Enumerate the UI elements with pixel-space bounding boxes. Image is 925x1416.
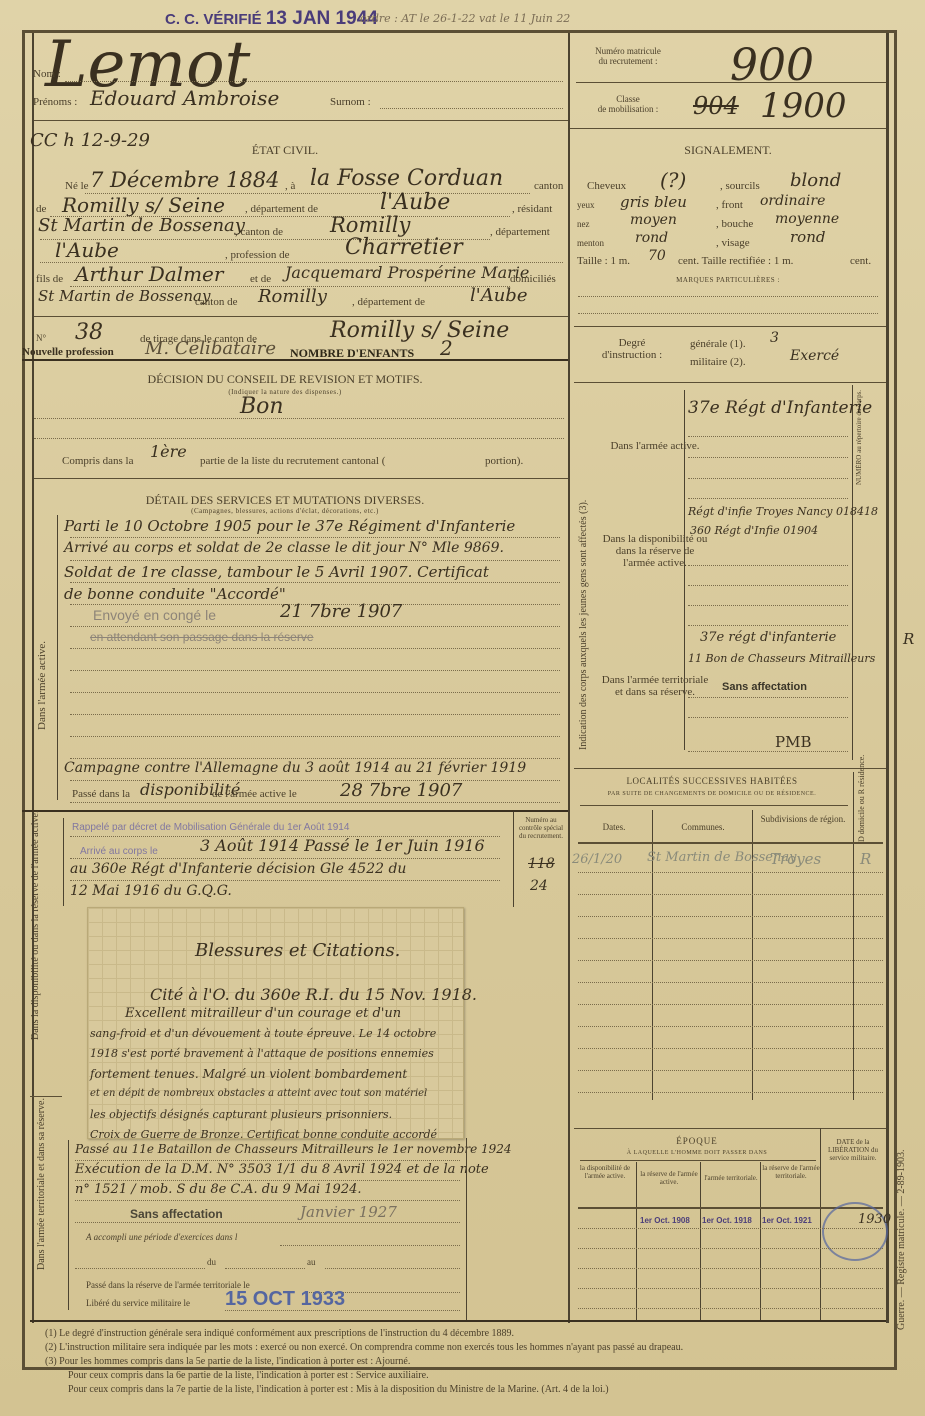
verified-stamp: C. C. VÉRIFIÉ 13 JAN 1944 [165, 8, 378, 30]
line [578, 1228, 883, 1229]
line [578, 960, 883, 961]
partie-suffix: partie de la liste du recrutement canton… [200, 455, 385, 467]
divider [466, 1320, 886, 1322]
divider [30, 1096, 62, 1097]
conseil-title: DÉCISION DU CONSEIL DE REVISION ET MOTIF… [0, 372, 570, 387]
numero-value: 24 [530, 878, 548, 894]
divider [580, 1160, 816, 1161]
father-name: Arthur Dalmer [75, 262, 223, 286]
line [578, 894, 883, 895]
col-divider [820, 1128, 821, 1320]
classe-label: Classede mobilisation : [578, 94, 678, 114]
line [75, 1180, 460, 1181]
line [75, 1268, 205, 1269]
parents-department: l'Aube [470, 285, 527, 306]
citation-line: Croix de Guerre de Bronze. Certificat bo… [90, 1128, 437, 1141]
attente-stamp: en attendant son passage dans la réserve [90, 630, 314, 644]
corps-sans-affectation-stamp: Sans affectation [722, 681, 807, 693]
line [75, 1200, 460, 1201]
classe-value: 1900 [760, 86, 847, 126]
bracket-line [684, 390, 685, 750]
profession-value: Charretier [345, 235, 463, 260]
line [578, 1288, 883, 1289]
canton-de-label: , canton de [235, 226, 283, 238]
line [70, 836, 500, 837]
nez-value: moyen [630, 212, 677, 228]
line [70, 714, 560, 715]
signalement-title: SIGNALEMENT. [570, 143, 886, 158]
citation-line: Cité à l'O. du 360e R.I. du 15 Nov. 1918… [150, 985, 477, 1004]
line [70, 858, 500, 859]
divider [34, 478, 568, 479]
matricule-value: 900 [730, 40, 814, 91]
passe-date: 28 7bre 1907 [340, 780, 462, 801]
line [325, 1268, 460, 1269]
side-label-active: Dans l'armée active. [36, 580, 48, 730]
divider [580, 805, 848, 806]
numero-divider [513, 812, 514, 907]
conseil-subtitle: (Indiquer la nature des dispenses.) [0, 388, 570, 396]
epoque-col-reserve-territoriale: la réserve de l'armée territoriale. [762, 1164, 820, 1180]
taille-cent-label: cent. Taille rectifiée : 1 m. [678, 255, 793, 267]
territoriale-corps-entry: 11 Bon de Chasseurs Mitrailleurs [688, 652, 875, 665]
line [70, 626, 560, 627]
de-label: de [36, 203, 46, 215]
line [688, 605, 848, 606]
citation-line: 1918 s'est porté bravement à l'attaque d… [90, 1047, 434, 1060]
line [70, 582, 560, 583]
localites-col-type: D domicile ou R résidence. [857, 782, 866, 842]
col-divider [700, 1162, 701, 1320]
au-label: au [307, 1257, 316, 1267]
residence-commune: St Martin de Bossenay [38, 215, 245, 236]
divider [34, 120, 568, 121]
nouvelle-profession-value: M. Célibataire [145, 338, 276, 359]
line [688, 565, 848, 566]
localites-subtitle: PAR SUITE DE CHANGEMENTS DE DOMICILE OU … [574, 791, 850, 797]
line [70, 648, 560, 649]
line [578, 1070, 883, 1071]
side-label-territoriale: Dans l'armée territoriale et dans sa rés… [36, 1160, 47, 1270]
line [688, 478, 848, 479]
matricule-label: Numéro matriculedu recrutement : [578, 46, 678, 66]
corps-side-label: Indication des corps auxquels les jeunes… [578, 420, 589, 750]
services-subtitle: (Campagnes, blessures, actions d'éclat, … [0, 507, 570, 515]
col-divider [853, 772, 854, 1100]
militaire-label: militaire (2). [690, 356, 746, 368]
cheveux-value: (?) [660, 168, 686, 192]
etat-civil-title: ÉTAT CIVIL. [0, 143, 570, 158]
line [578, 916, 883, 917]
line [280, 1245, 460, 1246]
departement-label: , département [490, 226, 550, 238]
epoque-territoriale-value: 1er Oct. 1918 [702, 1216, 752, 1225]
rappele-stamp: Rappelé par décret de Mobilisation Génér… [72, 822, 349, 833]
canton-label: canton [534, 180, 563, 192]
taille-value: 70 [648, 248, 666, 264]
divider [574, 768, 886, 769]
domicilies-label: domiciliés [510, 273, 556, 285]
line [75, 1222, 460, 1223]
line [70, 537, 560, 538]
nez-label: nez [577, 219, 590, 229]
line [688, 585, 848, 586]
cent-label: cent. [850, 255, 871, 267]
disponibilite-line: au 360e Régt d'Infanterie décision Gle 4… [70, 861, 406, 877]
bouche-value: moyenne [775, 211, 839, 227]
territoriale-line: Passé au 11e Bataillon de Chasseurs Mitr… [75, 1142, 512, 1156]
passe-label: Passé dans la [72, 788, 130, 800]
sans-affectation-date: Janvier 1927 [300, 1203, 397, 1221]
tirage-canton: Romilly s/ Seine [330, 318, 509, 343]
line [688, 625, 848, 626]
birth-place: la Fosse Corduan [310, 166, 503, 191]
nom-label: Nom : [33, 68, 61, 80]
disponibilite-corps-entry: 360 Régt d'Infie 01904 [690, 524, 818, 537]
footnote-2: (2) L'instruction militaire sera indiqué… [45, 1342, 683, 1353]
territoriale-line: n° 1521 / mob. S du 8e C.A. du 9 Mai 192… [75, 1182, 362, 1197]
residence-department: l'Aube [55, 238, 119, 262]
localite-subdivision: Troyes [770, 850, 821, 868]
right-border-line [886, 33, 889, 1323]
divider [34, 316, 568, 317]
parents-canton: Romilly [258, 286, 327, 307]
sans-affectation-stamp: Sans affectation [130, 1207, 223, 1221]
service-line: Soldat de 1re classe, tambour le 5 Avril… [64, 563, 489, 581]
libere-stamp: 15 OCT 1933 [225, 1288, 345, 1311]
line [70, 880, 500, 881]
divider [576, 82, 886, 83]
active-corps-entry: 37e Régt d'Infanterie [688, 398, 872, 418]
corps-territoriale-label: Dans l'armée territoriale et dans sa rés… [600, 674, 710, 698]
line [34, 418, 564, 419]
mother-name: Jacquemard Prospérine Marie [285, 263, 529, 282]
citation-line: Excellent mitrailleur d'un courage et d'… [125, 1006, 401, 1021]
bouche-label: , bouche [716, 218, 753, 230]
territoriale-line: Exécution de la D.M. N° 3503 1/1 du 8 Av… [75, 1162, 489, 1177]
line [688, 436, 848, 437]
header-annotation: ordre : AT le 26-1-22 vat le 11 Juin 22 [360, 12, 570, 25]
territoriale-right-border [466, 1138, 467, 1320]
line [578, 313, 878, 314]
conseil-decision: Bon [240, 394, 284, 419]
line [578, 296, 878, 297]
front-value: ordinaire [760, 193, 825, 209]
a-label: , à [285, 180, 295, 192]
bracket-line [63, 818, 64, 906]
militaire-value: Exercé [790, 348, 839, 364]
footnote-3: (3) Pour les hommes compris dans la 5e p… [45, 1356, 410, 1367]
disponibilite-corps-entry: Régt d'infie Troyes Nancy 018418 [688, 505, 878, 518]
divider [22, 810, 568, 812]
menton-label: menton [577, 238, 604, 248]
campagne-line: Campagne contre l'Allemagne du 3 août 19… [64, 760, 526, 776]
line [225, 1310, 460, 1311]
nombre-enfants-value: 2 [440, 336, 453, 360]
numero-struck: 118 [528, 856, 555, 872]
localite-date: 26/1/20 [572, 852, 622, 867]
divider [574, 326, 886, 327]
initials: PMB [775, 733, 811, 751]
column-divider [568, 33, 570, 1323]
surnom-line [380, 108, 563, 109]
citation-line: sang-froid et d'un dévouement à toute ép… [90, 1027, 436, 1040]
libere-label: Libéré du service militaire le [86, 1298, 190, 1308]
col-divider [636, 1162, 637, 1320]
front-label: , front [716, 199, 743, 211]
periode-label: A accompli une période d'exercices dans … [86, 1232, 237, 1242]
marques-label: MARQUES PARTICULIÈRES : [570, 276, 886, 284]
citation-line: fortement tenues. Malgré un violent bomb… [90, 1067, 407, 1081]
tirage-no-label: N° [36, 333, 46, 343]
portion-suffix: portion). [485, 455, 523, 467]
partie-value: 1ère [150, 442, 187, 461]
citation-title: Blessures et Citations. [195, 940, 400, 961]
line [34, 438, 564, 439]
localite-type: R [860, 850, 871, 868]
generale-label: générale (1). [690, 338, 746, 350]
conge-date: 21 7bre 1907 [280, 601, 402, 622]
classe-struck-value: 904 [693, 92, 739, 120]
line [578, 1268, 883, 1269]
footnote-1: (1) Le degré d'instruction générale sera… [45, 1328, 514, 1339]
left-border-line [32, 33, 34, 1323]
line [688, 498, 848, 499]
divider [22, 359, 568, 361]
epoque-reserve-territoriale-value: 1er Oct. 1921 [762, 1216, 812, 1225]
degre-label: Degréd'instruction : [582, 337, 682, 361]
line [578, 982, 883, 983]
line [578, 938, 883, 939]
nom-line [65, 81, 563, 82]
nouvelle-profession-label: Nouvelle profession [22, 346, 114, 358]
prenoms-value: Edouard Ambroise [90, 86, 279, 110]
localites-col-dates: Dates. [576, 822, 652, 832]
line [578, 1308, 883, 1309]
ne-le-label: Né le [65, 180, 89, 192]
numero-controle-label: Numéro au contrôle spécial du recrutemen… [516, 816, 566, 840]
birth-canton: Romilly s/ Seine [62, 193, 225, 217]
service-line: Parti le 10 Octobre 1905 pour le 37e Rég… [64, 517, 515, 535]
line [688, 751, 848, 752]
printer-mark: Guerre. — Registre matricule. — 2-89-190… [896, 1080, 907, 1330]
services-title: DÉTAIL DES SERVICES ET MUTATIONS DIVERSE… [0, 493, 570, 508]
territoriale-corps-entry: 37e régt d'infanterie [700, 630, 836, 645]
yeux-label: yeux [577, 200, 595, 210]
line [578, 1004, 883, 1005]
corps-disponibilite-label: Dans la disponibilité ou dans la réserve… [600, 533, 710, 569]
bracket-line [68, 1140, 69, 1310]
line [225, 1268, 305, 1269]
generale-value: 3 [770, 330, 779, 346]
line [578, 1048, 883, 1049]
line [70, 692, 560, 693]
divider [570, 128, 886, 129]
epoque-title: ÉPOQUE [574, 1136, 820, 1146]
surnom-label: Surnom : [330, 96, 371, 108]
divider [578, 842, 883, 844]
epoque-col-reserve-active: la réserve de l'armée active. [638, 1170, 700, 1186]
line [688, 717, 848, 718]
epoque-reserve-active-value: 1er Oct. 1908 [640, 1216, 690, 1225]
line [688, 457, 848, 458]
numero-col-divider [852, 385, 853, 760]
visage-label: , visage [716, 237, 750, 249]
yeux-value: gris bleu [620, 193, 687, 211]
divider [574, 382, 886, 383]
footnote-5: Pour ceux compris dans la 7e partie de l… [68, 1384, 609, 1395]
visage-value: rond [790, 228, 825, 246]
line [578, 872, 883, 873]
citation-line: et en dépit de nombreux obstacles a atte… [90, 1088, 427, 1099]
menton-value: rond [635, 230, 668, 246]
sourcils-value: blond [790, 170, 841, 191]
disponibilite-line: 12 Mai 1916 du G.Q.G. [70, 883, 232, 899]
service-line: Arrivé au corps et soldat de 2e classe l… [64, 540, 504, 556]
tirage-number: 38 [75, 320, 103, 345]
parents-domicile: St Martin de Bossenay [38, 287, 210, 305]
prenoms-label: Prénoms : [33, 96, 77, 108]
profession-label: , profession de [225, 249, 289, 261]
conge-stamp: Envoyé en congé le [93, 607, 216, 623]
footnote-4: Pour ceux compris dans la 6e partie de l… [68, 1370, 429, 1381]
du-label: du [207, 1257, 216, 1267]
residence-canton: Romilly [330, 213, 410, 237]
line [70, 560, 560, 561]
dept-label: , département de [245, 203, 318, 215]
taille-label: Taille : 1 m. [577, 255, 630, 267]
localites-col-subdivisions: Subdivisions de région. [755, 814, 851, 824]
et-de-label: et de [250, 273, 271, 285]
line [75, 1160, 460, 1161]
epoque-col-territoriale: l'armée territoriale. [702, 1174, 760, 1182]
line [688, 697, 848, 698]
line [578, 1248, 883, 1249]
bracket-line [57, 515, 58, 800]
side-label-disponibilite: Dans la disponibilité ou dans la réserve… [30, 860, 41, 1040]
epoque-col-disponibilite: la disponibilité de l'armée active. [574, 1164, 636, 1180]
sourcils-label: , sourcils [720, 180, 760, 192]
margin-mark: R [903, 630, 914, 648]
col-divider [760, 1162, 761, 1320]
parents-canton-label: canton de [195, 296, 237, 308]
fils-de-label: fils de [36, 273, 63, 285]
service-line: de bonne conduite "Accordé" [64, 585, 286, 603]
parents-dept-label: , département de [352, 296, 425, 308]
corps-active-label: Dans l'armée active. [600, 440, 710, 452]
citation-line: les objectifs désignés capturant plusieu… [90, 1108, 392, 1121]
residant-label: , résidant [512, 203, 552, 215]
line [70, 736, 560, 737]
line [70, 670, 560, 671]
localites-title: LOCALITÉS SUCCESSIVES HABITÉES [574, 776, 850, 786]
divider [574, 1128, 886, 1129]
birth-department: l'Aube [380, 190, 450, 215]
epoque-subtitle: À LAQUELLE L'HOMME DOIT PASSER DANS [574, 1150, 820, 1156]
disponibilite-line: 3 Août 1914 Passé le 1er Juin 1916 [200, 836, 485, 855]
passe-suffix: de l'armée active le [212, 788, 297, 800]
birth-date: 7 Décembre 1884 [90, 168, 279, 192]
line [578, 1026, 883, 1027]
compris-label: Compris dans la [62, 455, 134, 467]
localites-col-communes: Communes. [655, 822, 751, 832]
line [578, 1092, 883, 1093]
line [70, 802, 560, 803]
cheveux-label: Cheveux [587, 180, 626, 192]
liberation-value: 1930 [858, 1212, 891, 1227]
arrive-stamp: Arrivé au corps le [80, 846, 158, 857]
divider [30, 1320, 466, 1322]
line [70, 758, 560, 759]
date-liberation-label: DATE de la LIBÉRATION du service militai… [822, 1138, 884, 1162]
liberation-round-stamp [822, 1202, 888, 1261]
